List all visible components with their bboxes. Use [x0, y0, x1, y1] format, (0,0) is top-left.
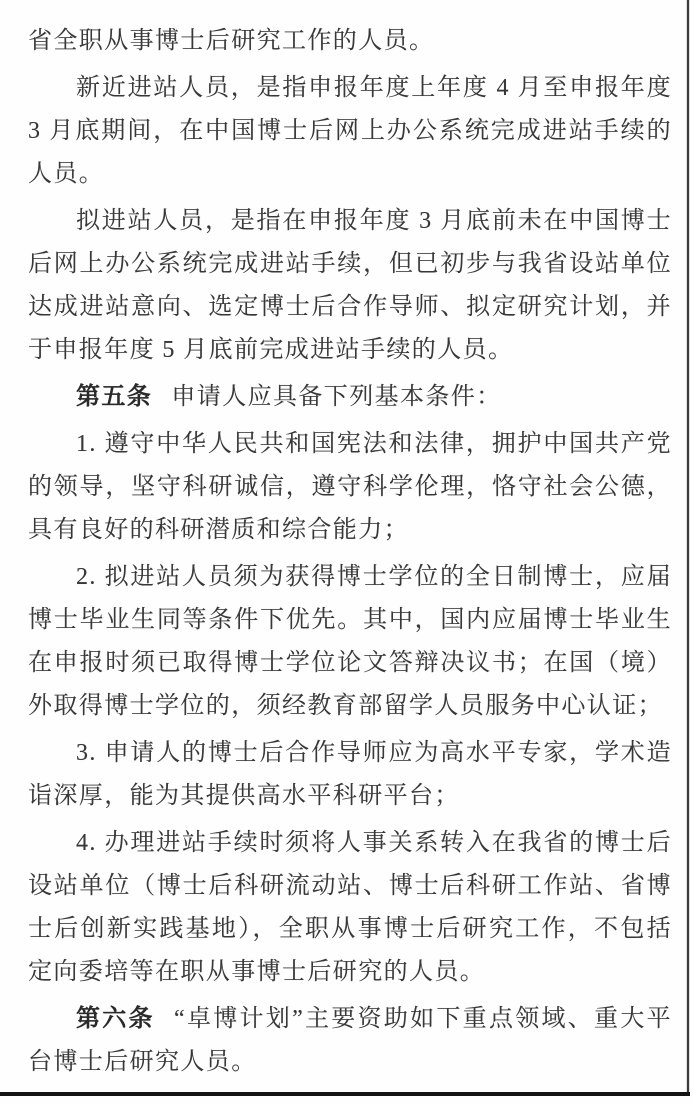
paragraph: 4. 办理进站手续时须将人事关系转入在我省的博士后设站单位（博士后科研流动站、博… — [28, 822, 672, 994]
article-number: 第六条 — [76, 1006, 155, 1032]
paragraph-text: 省全职从事博士后研究工作的人员。 — [28, 28, 434, 54]
scan-edge-bottom — [0, 1092, 690, 1096]
paragraph-text: 申请人应具备下列基本条件： — [171, 384, 501, 410]
paragraph: 新近进站人员，是指申报年度上年度 4 月至申报年度 3 月底期间，在中国博士后网… — [28, 67, 672, 196]
paragraph: 2. 拟进站人员须为获得博士学位的全日制博士，应届博士毕业生同等条件下优先。其中… — [28, 556, 672, 728]
paragraph-text: 3. 申请人的博士后合作导师应为高水平专家，学术造诣深厚，能为其提供高水平科研平… — [28, 740, 672, 809]
document-body: 省全职从事博士后研究工作的人员。 新近进站人员，是指申报年度上年度 4 月至申报… — [28, 20, 672, 1088]
article-number: 第五条 — [76, 384, 152, 410]
document-page: 省全职从事博士后研究工作的人员。 新近进站人员，是指申报年度上年度 4 月至申报… — [0, 0, 692, 1105]
paragraph: 3. 申请人的博士后合作导师应为高水平专家，学术造诣深厚，能为其提供高水平科研平… — [28, 732, 672, 818]
scan-edge-right — [687, 0, 689, 1095]
paragraph: 省全职从事博士后研究工作的人员。 — [28, 20, 672, 63]
paragraph: 第六条“卓博计划”主要资助如下重点领域、重大平台博士后研究人员。 — [28, 998, 672, 1084]
paragraph: 1. 遵守中华人民共和国宪法和法律，拥护中国共产党的领导，坚守科研诚信，遵守科学… — [28, 423, 672, 552]
paragraph-text: 新近进站人员，是指申报年度上年度 4 月至申报年度 3 月底期间，在中国博士后网… — [28, 75, 672, 187]
paragraph: 第五条申请人应具备下列基本条件： — [28, 376, 672, 419]
paragraph-text: 2. 拟进站人员须为获得博士学位的全日制博士，应届博士毕业生同等条件下优先。其中… — [28, 564, 672, 719]
paragraph-text: 拟进站人员，是指在申报年度 3 月底前未在中国博士后网上办公系统完成进站手续，但… — [28, 208, 672, 363]
paragraph-text: 4. 办理进站手续时须将人事关系转入在我省的博士后设站单位（博士后科研流动站、博… — [28, 830, 672, 985]
paragraph-text: 1. 遵守中华人民共和国宪法和法律，拥护中国共产党的领导，坚守科研诚信，遵守科学… — [28, 431, 672, 543]
paragraph: 拟进站人员，是指在申报年度 3 月底前未在中国博士后网上办公系统完成进站手续，但… — [28, 200, 672, 372]
